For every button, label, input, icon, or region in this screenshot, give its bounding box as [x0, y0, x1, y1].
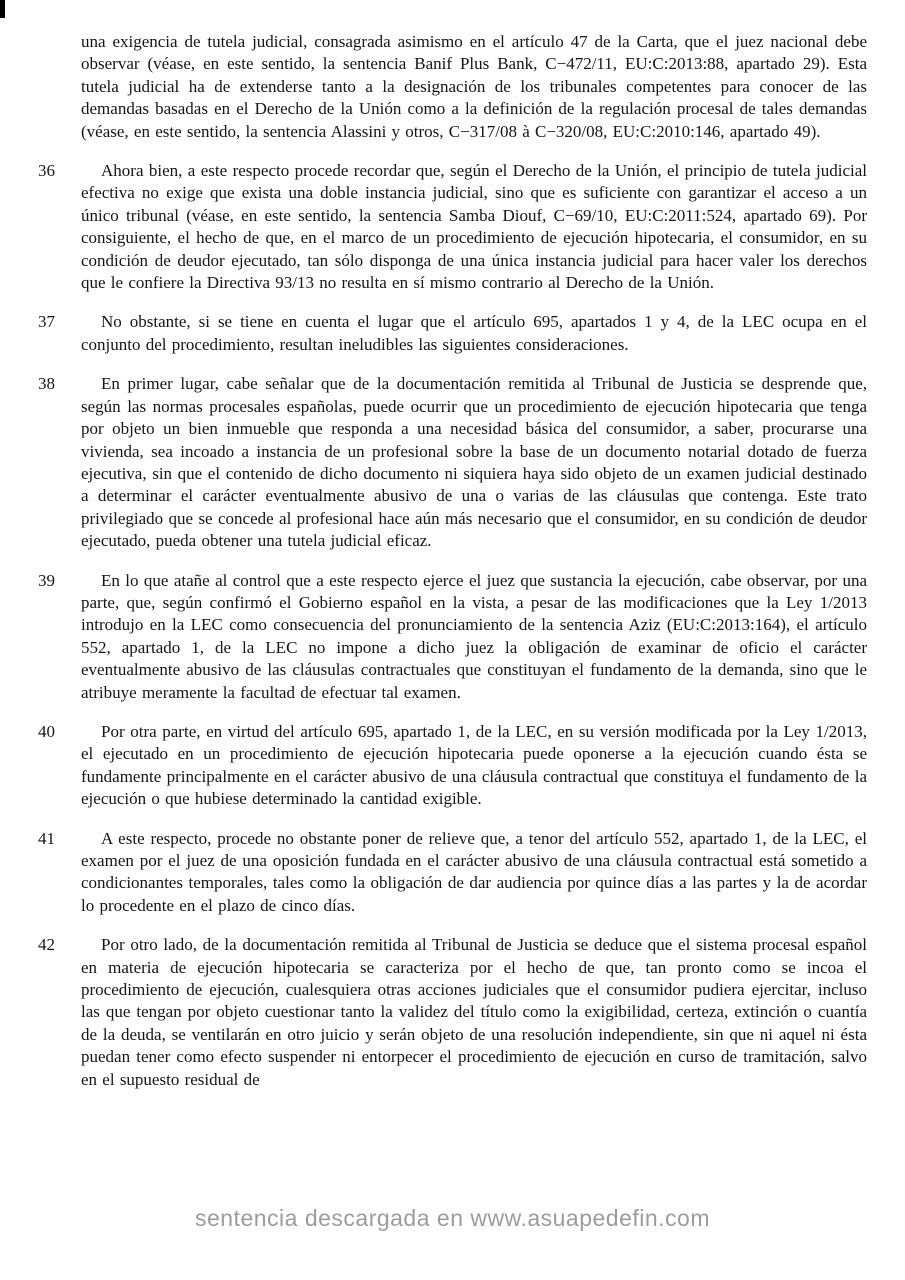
- paragraph-number: 42: [38, 934, 81, 1091]
- scan-mark: [0, 0, 5, 18]
- paragraph-number: 40: [38, 721, 81, 811]
- paragraph-number: 36: [38, 160, 81, 294]
- paragraph: 37 No obstante, si se tiene en cuenta el…: [38, 311, 867, 356]
- paragraph-number: 37: [38, 311, 81, 356]
- paragraph: 38 En primer lugar, cabe señalar que de …: [38, 373, 867, 552]
- watermark-footer: sentencia descargada en www.asuapedefin.…: [0, 1205, 905, 1232]
- paragraph-text: Por otro lado, de la documentación remit…: [81, 934, 867, 1091]
- paragraph: 40 Por otra parte, en virtud del artícul…: [38, 721, 867, 811]
- paragraph: 42 Por otro lado, de la documentación re…: [38, 934, 867, 1091]
- document-body: una exigencia de tutela judicial, consag…: [38, 31, 867, 1091]
- paragraph: 41 A este respecto, procede no obstante …: [38, 828, 867, 918]
- paragraph-text: No obstante, si se tiene en cuenta el lu…: [81, 311, 867, 356]
- paragraph-text: Por otra parte, en virtud del artículo 6…: [81, 721, 867, 811]
- paragraph: 39 En lo que atañe al control que a este…: [38, 570, 867, 704]
- paragraph: una exigencia de tutela judicial, consag…: [38, 31, 867, 143]
- paragraph-number: 38: [38, 373, 81, 552]
- paragraph-number: 39: [38, 570, 81, 704]
- document-page: una exigencia de tutela judicial, consag…: [0, 0, 905, 1280]
- paragraph-number: 41: [38, 828, 81, 918]
- paragraph-text: A este respecto, procede no obstante pon…: [81, 828, 867, 918]
- paragraph-text: Ahora bien, a este respecto procede reco…: [81, 160, 867, 294]
- paragraph: 36 Ahora bien, a este respecto procede r…: [38, 160, 867, 294]
- paragraph-number: [38, 31, 81, 143]
- paragraph-text: una exigencia de tutela judicial, consag…: [81, 31, 867, 143]
- paragraph-text: En lo que atañe al control que a este re…: [81, 570, 867, 704]
- paragraph-text: En primer lugar, cabe señalar que de la …: [81, 373, 867, 552]
